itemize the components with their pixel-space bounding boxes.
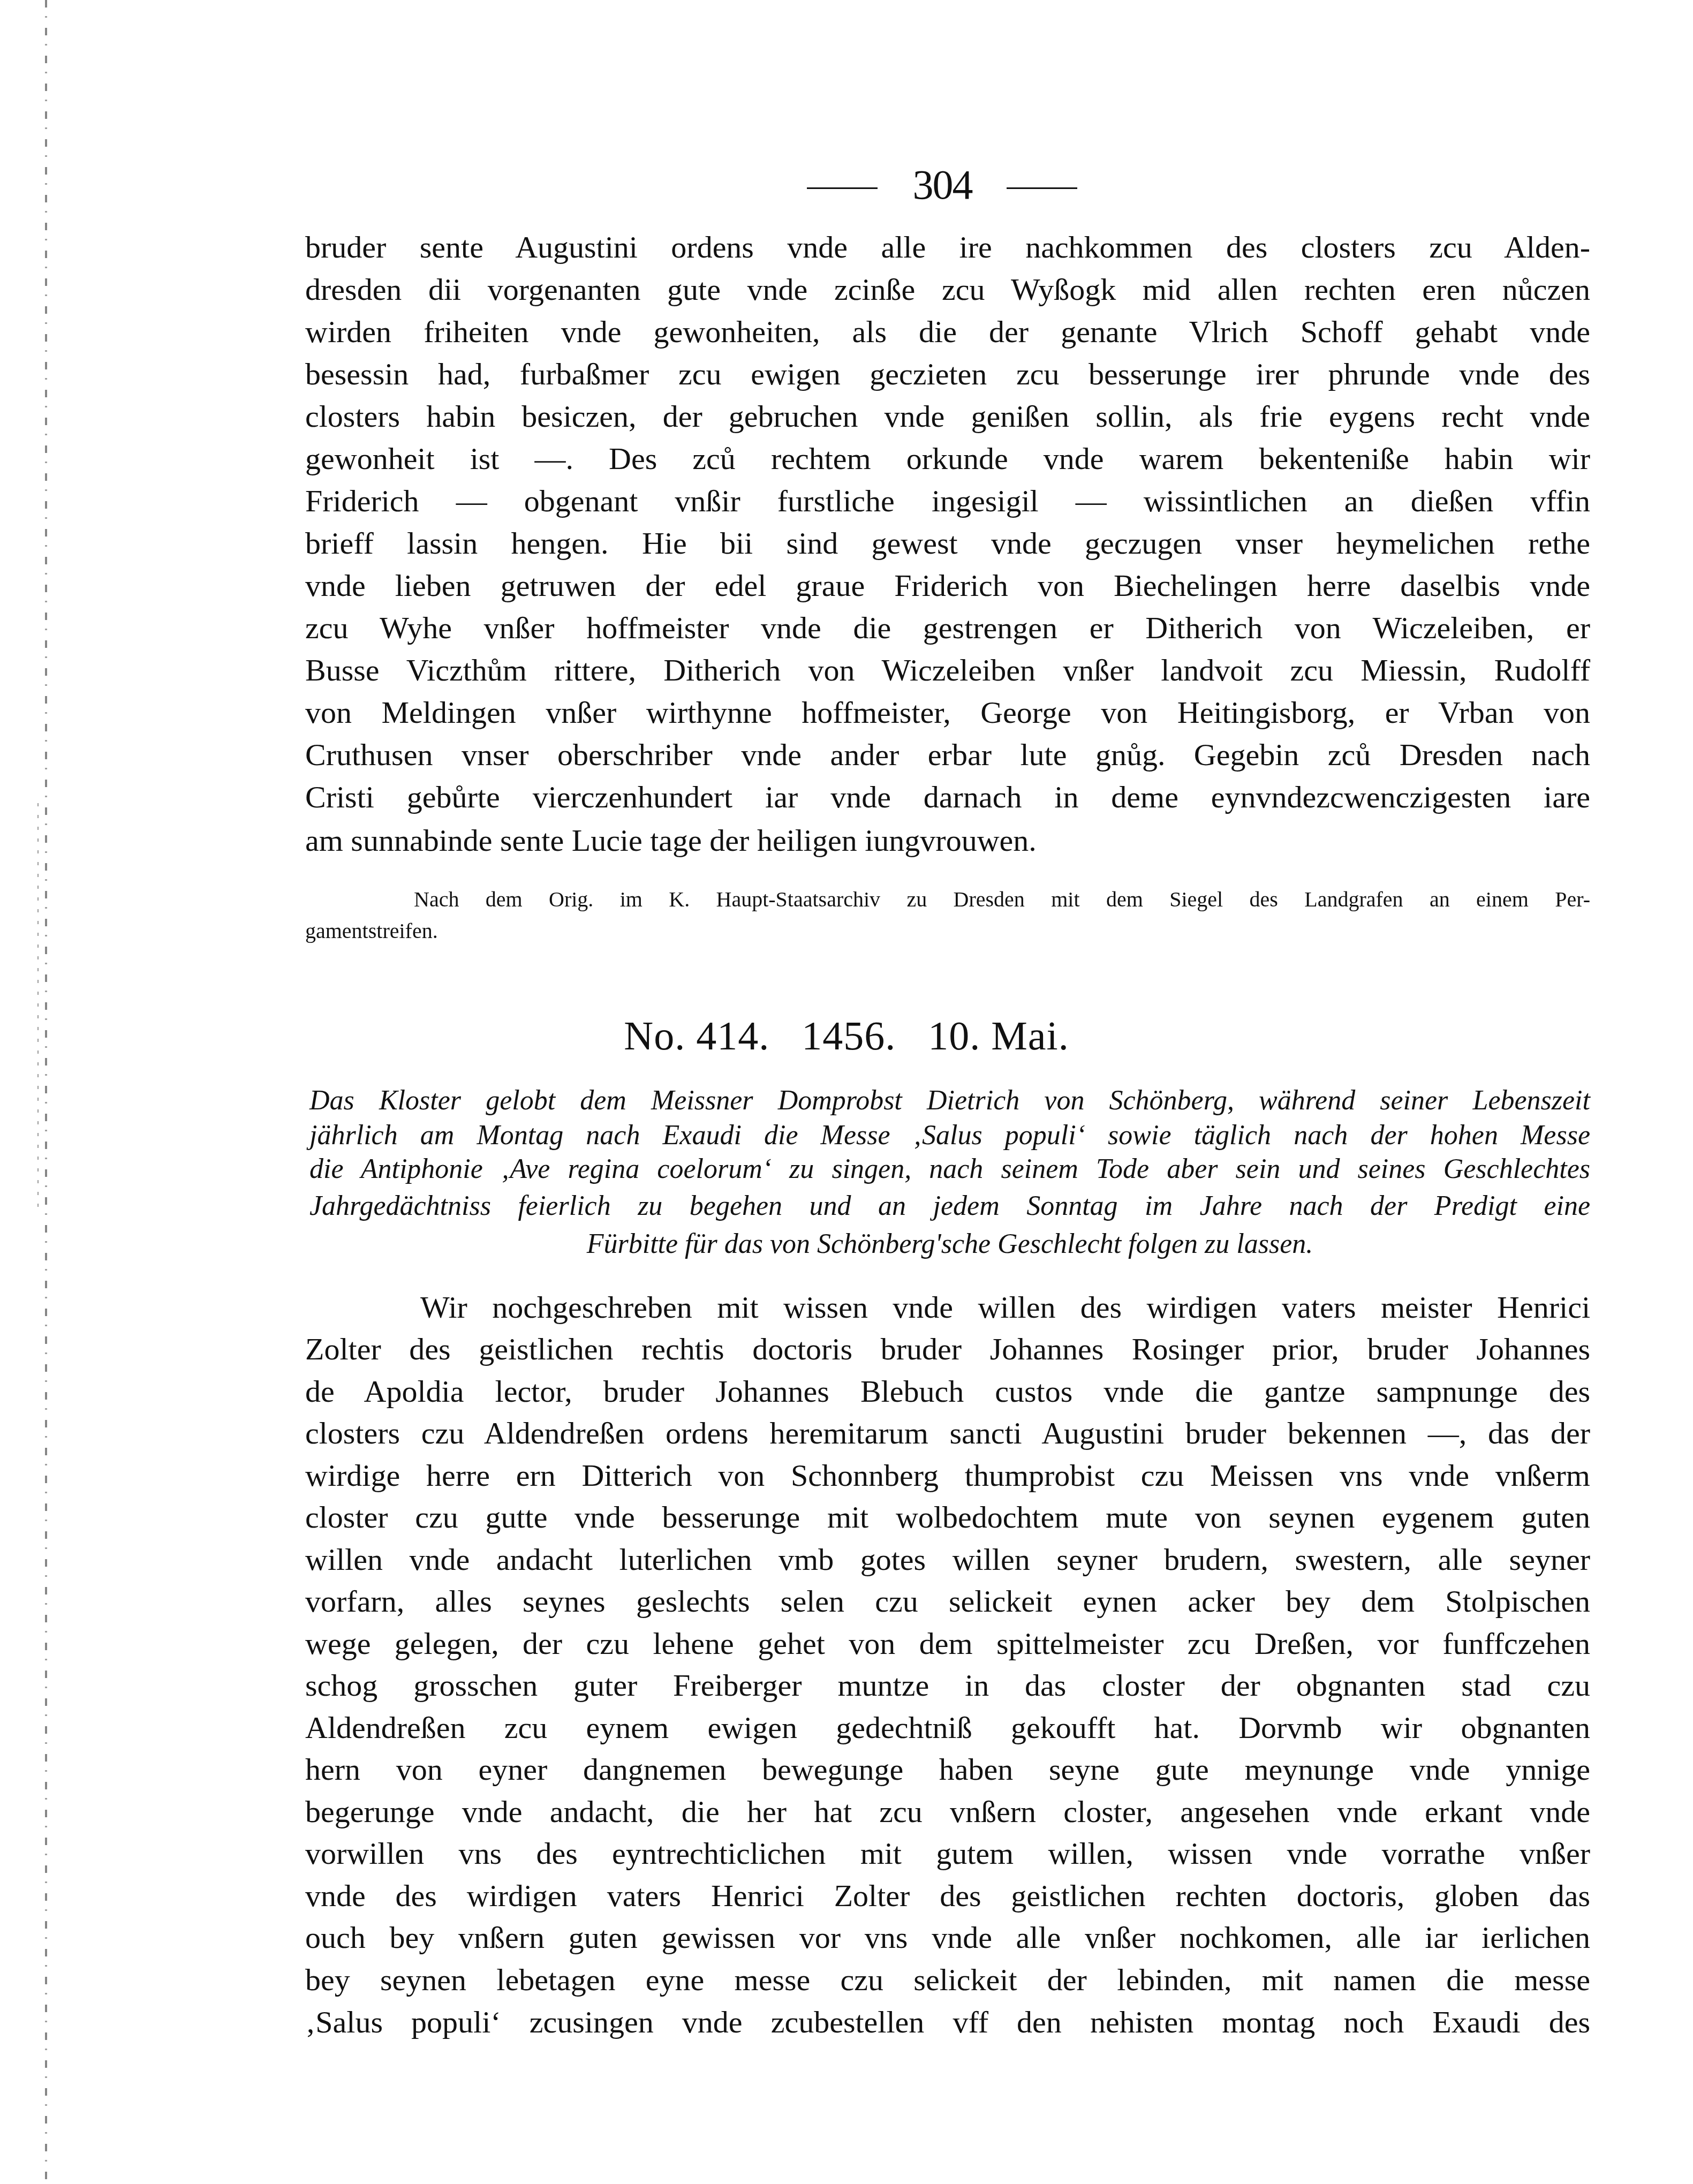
text-line: gewonheit ist —. Des zců rechtem orkunde…	[305, 440, 1590, 478]
text-line: wege gelegen, der czu lehene gehet von d…	[305, 1625, 1590, 1662]
text-line: closter czu gutte vnde besserunge mit wo…	[305, 1499, 1590, 1536]
text-line: Aldendreßen zcu eynem ewigen gedechtniß …	[305, 1709, 1590, 1747]
document-date: 10. Mai.	[928, 1014, 1069, 1059]
summary-line: Das Kloster gelobt dem Meissner Domprobs…	[309, 1084, 1590, 1117]
text-line: zcu Wyhe vnßer hoffmeister vnde die gest…	[305, 609, 1590, 647]
text-line: vnde des wirdigen vaters Henrici Zolter …	[305, 1877, 1590, 1915]
text-line: schog grosschen guter Freiberger muntze …	[305, 1667, 1590, 1704]
text-line: vorfarn, alles seynes geslechts selen cz…	[305, 1583, 1590, 1620]
text-line: von Meldingen vnßer wirthynne hoffmeiste…	[305, 694, 1590, 731]
header-dash-left	[807, 187, 878, 189]
text-line: begerunge vnde andacht, die her hat zcu …	[305, 1793, 1590, 1831]
summary-line: jährlich am Montag nach Exaudi die Messe…	[309, 1119, 1590, 1152]
text-line: Cristi gebůrte vierczenhundert iar vnde …	[305, 779, 1590, 816]
text-line: besessin had, furbaßmer zcu ewigen geczi…	[305, 356, 1590, 393]
text-line: wirdige herre ern Ditterich von Schonnbe…	[305, 1457, 1590, 1494]
header-dash-right	[1007, 187, 1077, 189]
text-line: dresden dii vorgenanten gute vnde zcinße…	[305, 271, 1590, 308]
text-line: Friderich — obgenant vnßir furstliche in…	[305, 482, 1590, 520]
summary-line: Fürbitte für das von Schönberg'sche Gesc…	[309, 1228, 1590, 1261]
text-line: wirden friheiten vnde gewonheiten, als d…	[305, 313, 1590, 351]
document-page: 304 bruder sente Augustini ordens vnde a…	[0, 0, 1693, 2184]
scan-edge-artifact-secondary	[37, 803, 39, 1210]
text-line: de Apoldia lector, bruder Johannes Blebu…	[305, 1373, 1590, 1410]
text-line: hern von eyner dangnemen bewegunge haben…	[305, 1751, 1590, 1788]
text-line: bruder sente Augustini ordens vnde alle …	[305, 229, 1590, 266]
page-number: 304	[910, 161, 974, 209]
text-line: bey seynen lebetagen eyne messe czu seli…	[305, 1961, 1590, 1999]
text-line: closters czu Aldendreßen ordens heremita…	[305, 1415, 1590, 1452]
text-line: vnde lieben getruwen der edel graue Frid…	[305, 567, 1590, 604]
document-year: 1456.	[802, 1014, 896, 1059]
document-heading: No. 414. 1456. 10. Mai.	[0, 1015, 1693, 1057]
text-line: brieff lassin hengen. Hie bii sind gewes…	[305, 525, 1590, 562]
text-line: Cruthusen vnser oberschriber vnde ander …	[305, 736, 1590, 774]
summary-line: die Antiphonie ‚Ave regina coelorum‘ zu …	[309, 1153, 1590, 1186]
text-line: vorwillen vns des eyntrechticlichen mit …	[305, 1835, 1590, 1872]
scan-edge-artifact	[45, 0, 47, 2184]
text-line: Wir nochgeschreben mit wissen vnde wille…	[420, 1289, 1590, 1326]
text-line: ouch bey vnßern guten gewissen vor vns v…	[305, 1919, 1590, 1956]
text-line: Zolter des geistlichen rechtis doctoris …	[305, 1331, 1590, 1368]
text-line: willen vnde andacht luterlichen vmb gote…	[305, 1541, 1590, 1578]
summary-line: Jahrgedächtniss feierlich zu begehen und…	[309, 1190, 1590, 1223]
footnote-line: gamentstreifen.	[305, 918, 1590, 944]
footnote-line: Nach dem Orig. im K. Haupt-Staatsarchiv …	[414, 886, 1590, 913]
text-line: am sunnabinde sente Lucie tage der heili…	[305, 822, 1590, 859]
text-line: ‚Salus populi‘ zcusingen vnde zcubestell…	[305, 2004, 1590, 2041]
text-line: closters habin besiczen, der gebruchen v…	[305, 398, 1590, 435]
text-line: Busse Viczthům rittere, Ditherich von Wi…	[305, 652, 1590, 689]
document-number: No. 414.	[624, 1014, 769, 1059]
